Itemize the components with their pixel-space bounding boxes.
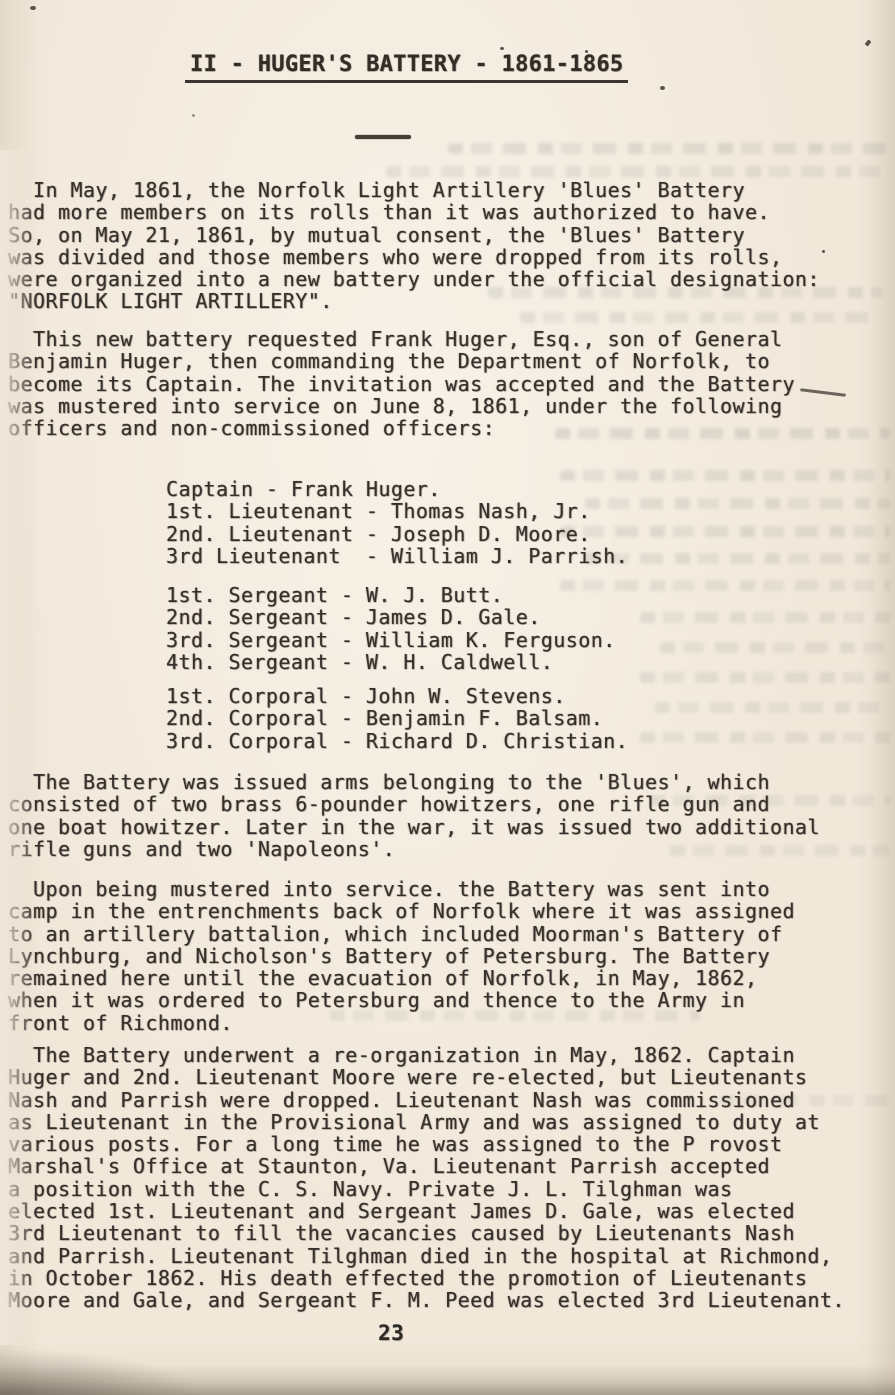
scanned-page: II - HUGER'S BATTERY - 1861-1865 In May,…	[0, 0, 895, 1395]
ink-speck	[192, 114, 195, 117]
ink-speck	[660, 86, 665, 90]
bleedthrough-text-artifact	[640, 672, 890, 683]
ink-speck	[500, 47, 504, 50]
paragraph-blues-battery-split: In May, 1861, the Norfolk Light Artiller…	[8, 179, 820, 313]
roster-corporals-list: 1st. Corporal - John W. Stevens. 2nd. Co…	[166, 685, 628, 752]
ink-speck	[822, 250, 825, 253]
bleedthrough-text-artifact	[640, 732, 890, 743]
bleedthrough-text-artifact	[448, 143, 888, 154]
paragraph-frank-huger-captain: This new battery requested Frank Huger, …	[8, 328, 795, 439]
section-divider-rule	[355, 135, 411, 139]
bleedthrough-text-artifact	[585, 553, 890, 564]
stray-pen-mark	[800, 388, 846, 397]
paragraph-battery-arms: The Battery was issued arms belonging to…	[8, 771, 820, 860]
ink-speck	[585, 50, 588, 53]
page-title: II - HUGER'S BATTERY - 1861-1865	[185, 52, 628, 83]
bleedthrough-text-artifact	[585, 498, 890, 509]
gutter-fade-overlay	[0, 150, 36, 1345]
bleedthrough-text-artifact	[660, 642, 890, 653]
roster-officers-list: Captain - Frank Huger. 1st. Lieutenant -…	[166, 478, 628, 567]
bottom-left-corner-shadow	[0, 1349, 200, 1395]
paragraph-mustered-into-service: Upon being mustered into service. the Ba…	[8, 878, 795, 1034]
ink-speck	[30, 6, 36, 10]
bleedthrough-text-artifact	[655, 702, 890, 713]
bleedthrough-text-artifact	[520, 312, 880, 323]
right-edge-shadow	[869, 0, 895, 1395]
paragraph-reorganization-1862: The Battery underwent a re-organization …	[8, 1044, 845, 1312]
roster-sergeants-list: 1st. Sergeant - W. J. Butt. 2nd. Sergean…	[166, 584, 616, 673]
page-number: 23	[378, 1321, 404, 1345]
bleedthrough-text-artifact	[386, 166, 886, 177]
bleedthrough-text-artifact	[640, 612, 890, 623]
